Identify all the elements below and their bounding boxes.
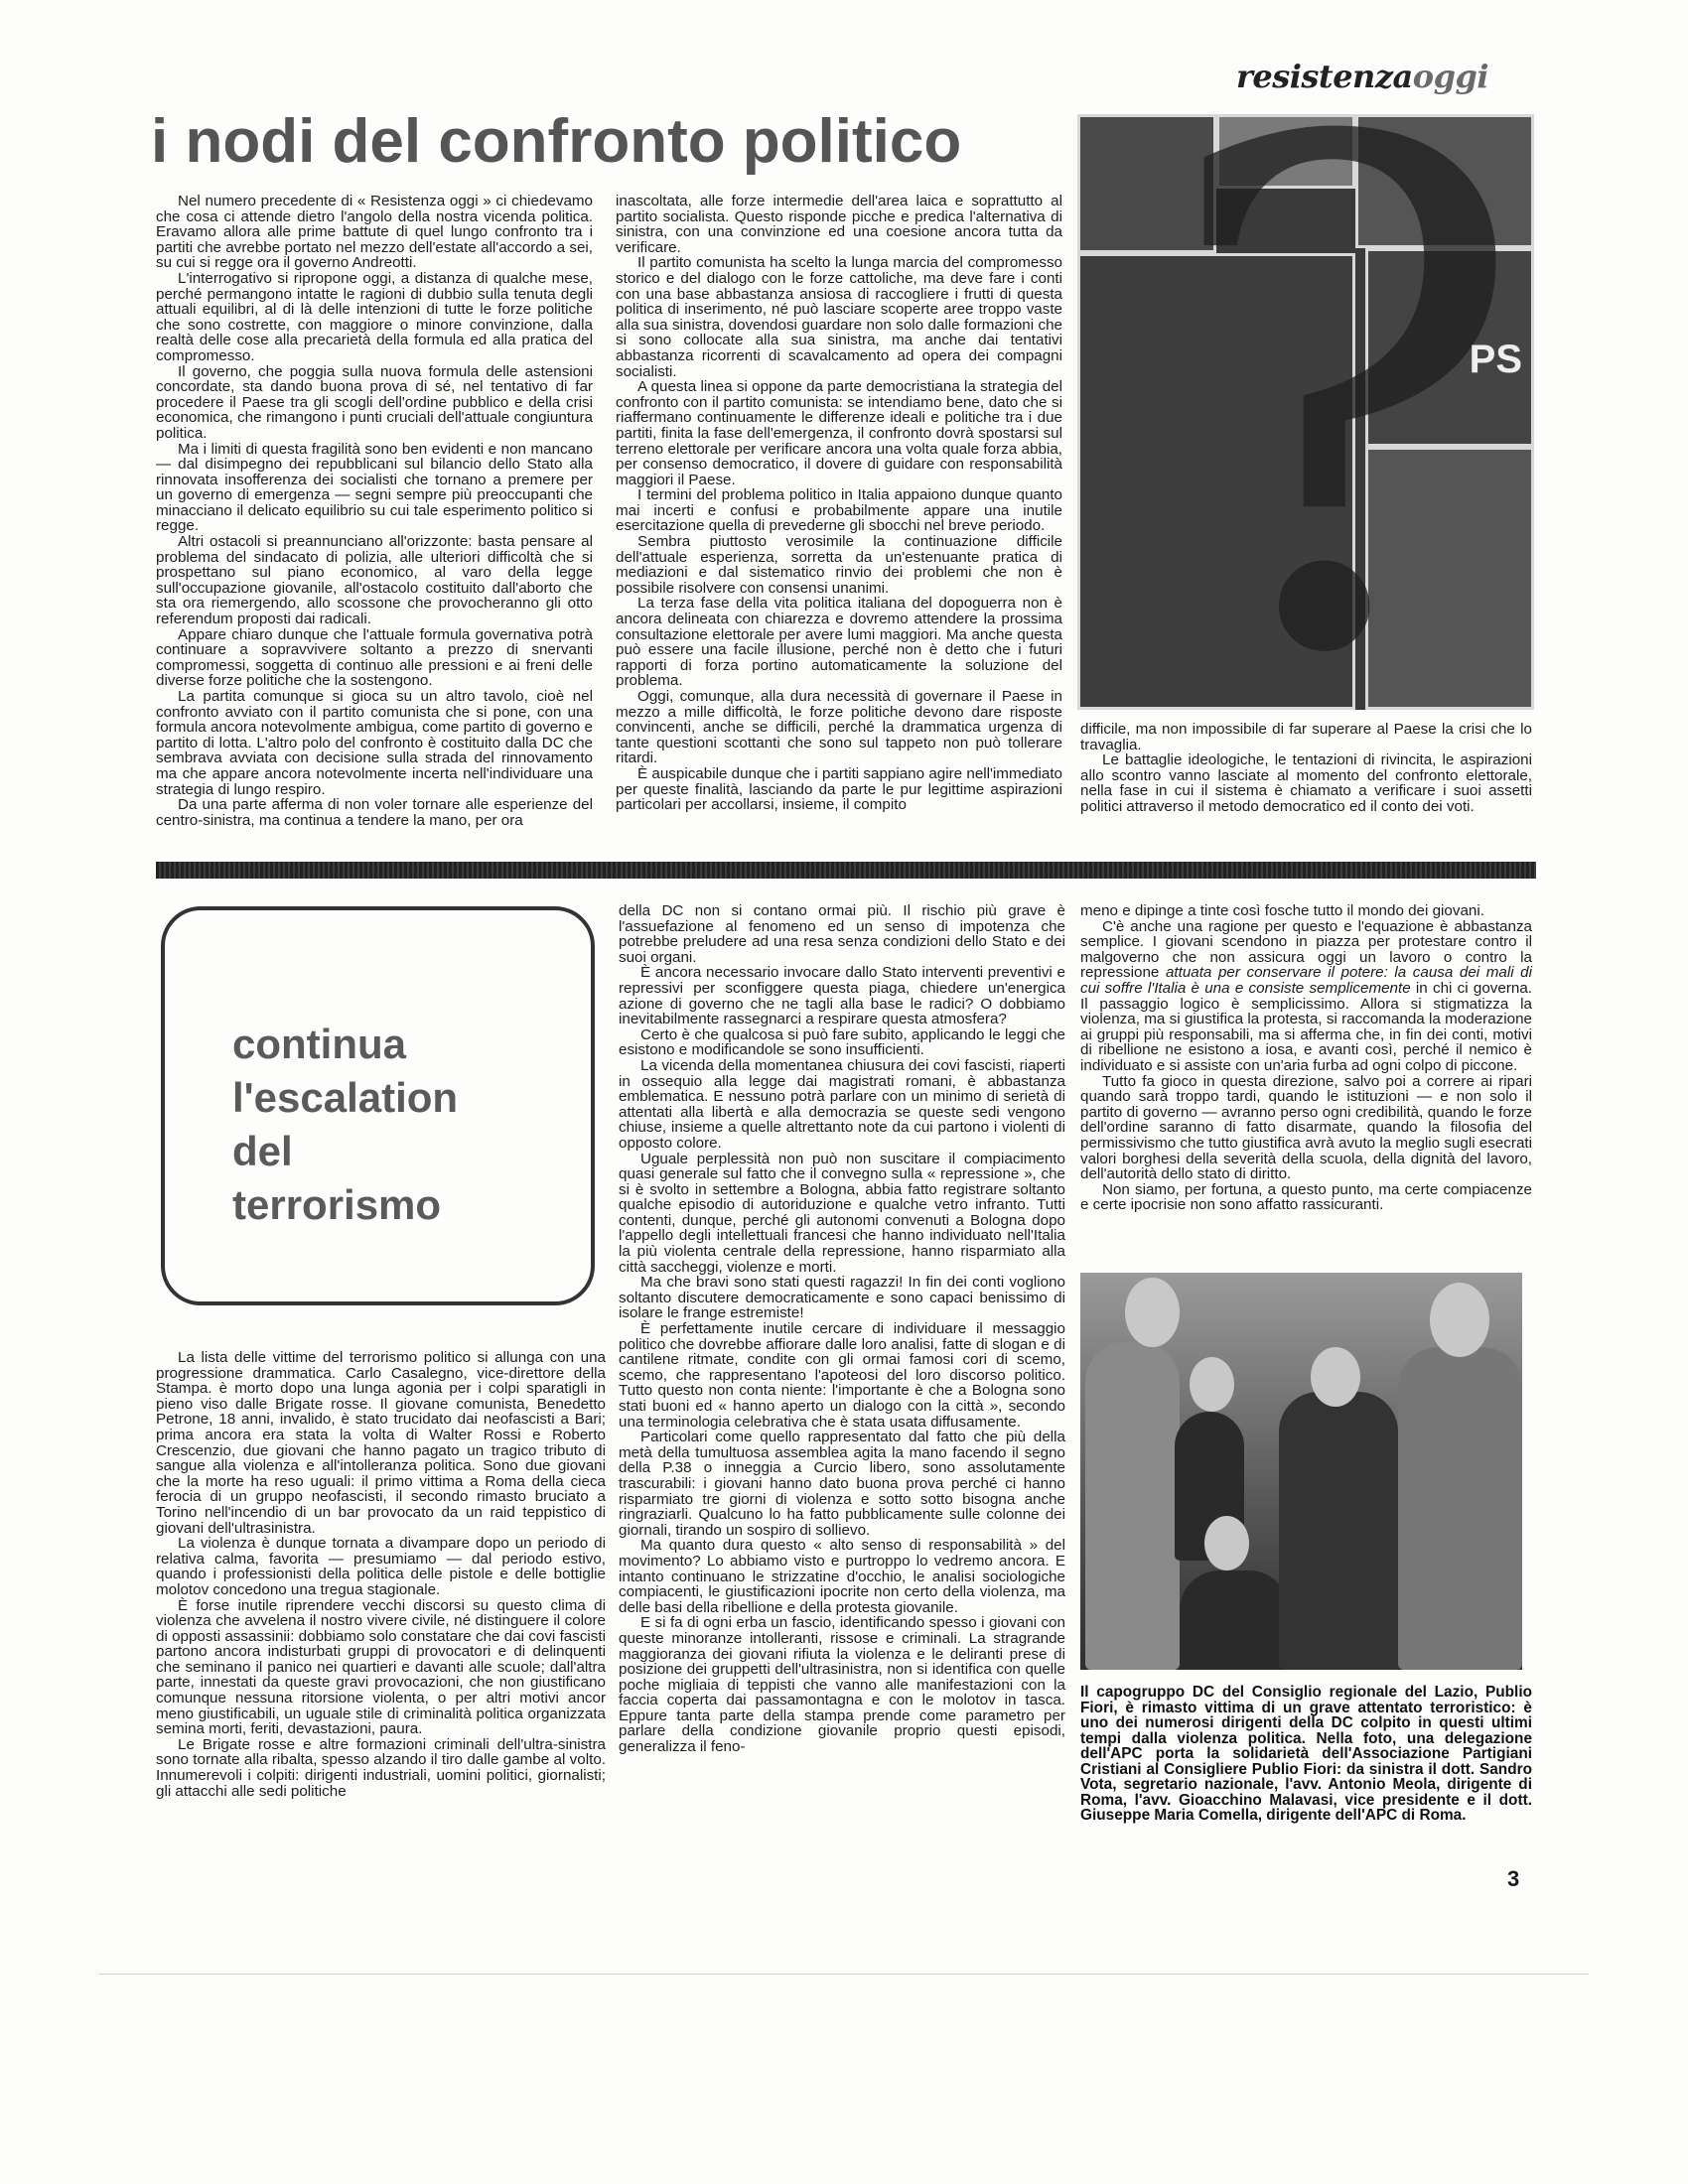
paragraph: Le Brigate rosse e altre formazioni crim… xyxy=(156,1737,606,1799)
paragraph: Appare chiaro dunque che l'attuale formu… xyxy=(156,627,593,689)
masthead-part1: resistenza xyxy=(1236,58,1413,95)
paragraph: della DC non si contano ormai più. Il ri… xyxy=(619,903,1065,965)
article2-title-box: continua l'escalation del terrorismo xyxy=(161,906,595,1305)
question-mark-graphic: ? xyxy=(1157,114,1529,710)
article1-column-1: Nel numero precedente di « Resistenza og… xyxy=(156,194,593,828)
paragraph: Tutto fa gioco in questa direzione, salv… xyxy=(1080,1074,1532,1182)
paragraph: Ma i limiti di questa fragilità sono ben… xyxy=(156,442,593,535)
paragraph: Nel numero precedente di « Resistenza og… xyxy=(156,194,593,271)
paragraph: meno e dipinge a tinte così fosche tutto… xyxy=(1080,903,1532,919)
paragraph: Ma quanto dura questo « alto senso di re… xyxy=(619,1538,1065,1615)
paragraph: Le battaglie ideologiche, le tentazioni … xyxy=(1080,752,1532,814)
article2-column-3: meno e dipinge a tinte così fosche tutto… xyxy=(1080,903,1532,1213)
paragraph: L'interrogativo si ripropone oggi, a dis… xyxy=(156,271,593,364)
paragraph: Ma che bravi sono stati questi ragazzi! … xyxy=(619,1275,1065,1321)
paragraph: A questa linea si oppone da parte democr… xyxy=(616,379,1062,487)
paragraph: È forse inutile riprendere vecchi discor… xyxy=(156,1598,606,1737)
article1-column-2: inascoltata, alle forze intermedie dell'… xyxy=(616,194,1062,813)
masthead-logo: resistenzaoggi xyxy=(1236,58,1488,95)
article2-column-2: della DC non si contano ormai più. Il ri… xyxy=(619,903,1065,1755)
paragraph: La violenza è dunque tornata a divampare… xyxy=(156,1536,606,1597)
photo-caption: Il capogruppo DC del Consiglio regionale… xyxy=(1080,1685,1532,1824)
paragraph: Oggi, comunque, alla dura necessità di g… xyxy=(616,689,1062,766)
paragraph: Il partito comunista ha scelto la lunga … xyxy=(616,255,1062,379)
masthead-part2: oggi xyxy=(1413,58,1488,95)
paragraph: Uguale perplessità non può non suscitare… xyxy=(619,1152,1065,1276)
headline-line: l'escalation xyxy=(232,1071,458,1125)
headline-line: continua xyxy=(232,1018,458,1071)
paragraph: difficile, ma non impossibile di far sup… xyxy=(1080,722,1532,752)
article2-column-1: La lista delle vittime del terrorismo po… xyxy=(156,1350,606,1799)
paragraph: È auspicabile dunque che i partiti sappi… xyxy=(616,766,1062,813)
paragraph: La partita comunque si gioca su un altro… xyxy=(156,689,593,797)
paragraph: inascoltata, alle forze intermedie dell'… xyxy=(616,194,1062,255)
section-divider xyxy=(156,862,1536,879)
paragraph: Il governo, che poggia sulla nuova formu… xyxy=(156,364,593,442)
paragraph: Particolari come quello rappresentato da… xyxy=(619,1430,1065,1538)
paragraph: È perfettamente inutile cercare di indiv… xyxy=(619,1321,1065,1430)
magazine-page: resistenzaoggi i nodi del confronto poli… xyxy=(0,0,1688,2184)
paragraph: Altri ostacoli si preannunciano all'oriz… xyxy=(156,534,593,627)
apc-delegation-photo xyxy=(1080,1273,1522,1670)
paragraph: Sembra piuttosto verosimile la continuaz… xyxy=(616,534,1062,596)
paragraph: La lista delle vittime del terrorismo po… xyxy=(156,1350,606,1536)
article2-headline: continua l'escalation del terrorismo xyxy=(232,1018,458,1232)
paragraph: Non siamo, per fortuna, a questo punto, … xyxy=(1080,1182,1532,1213)
paragraph: C'è anche una ragione per questo e l'equ… xyxy=(1080,919,1532,1074)
paragraph: Certo è che qualcosa si può fare subito,… xyxy=(619,1027,1065,1058)
headline-line: del xyxy=(232,1125,458,1178)
paragraph: È ancora necessario invocare dallo Stato… xyxy=(619,965,1065,1026)
paragraph: Da una parte afferma di non voler tornar… xyxy=(156,797,593,828)
paragraph: La terza fase della vita politica italia… xyxy=(616,596,1062,689)
party-logo-text: PS xyxy=(1470,338,1522,382)
page-number: 3 xyxy=(1507,1866,1519,1892)
paragraph: E si fa di ogni erba un fascio, identifi… xyxy=(619,1615,1065,1754)
politicians-collage-photo: ? PS xyxy=(1077,114,1534,710)
bottom-rule xyxy=(99,1974,1589,1975)
article1-column-3: difficile, ma non impossibile di far sup… xyxy=(1080,722,1532,815)
paragraph: I termini del problema politico in Itali… xyxy=(616,487,1062,534)
paragraph: La vicenda della momentanea chiusura dei… xyxy=(619,1058,1065,1152)
article1-headline: i nodi del confronto politico xyxy=(151,111,961,173)
headline-line: terrorismo xyxy=(232,1178,458,1232)
